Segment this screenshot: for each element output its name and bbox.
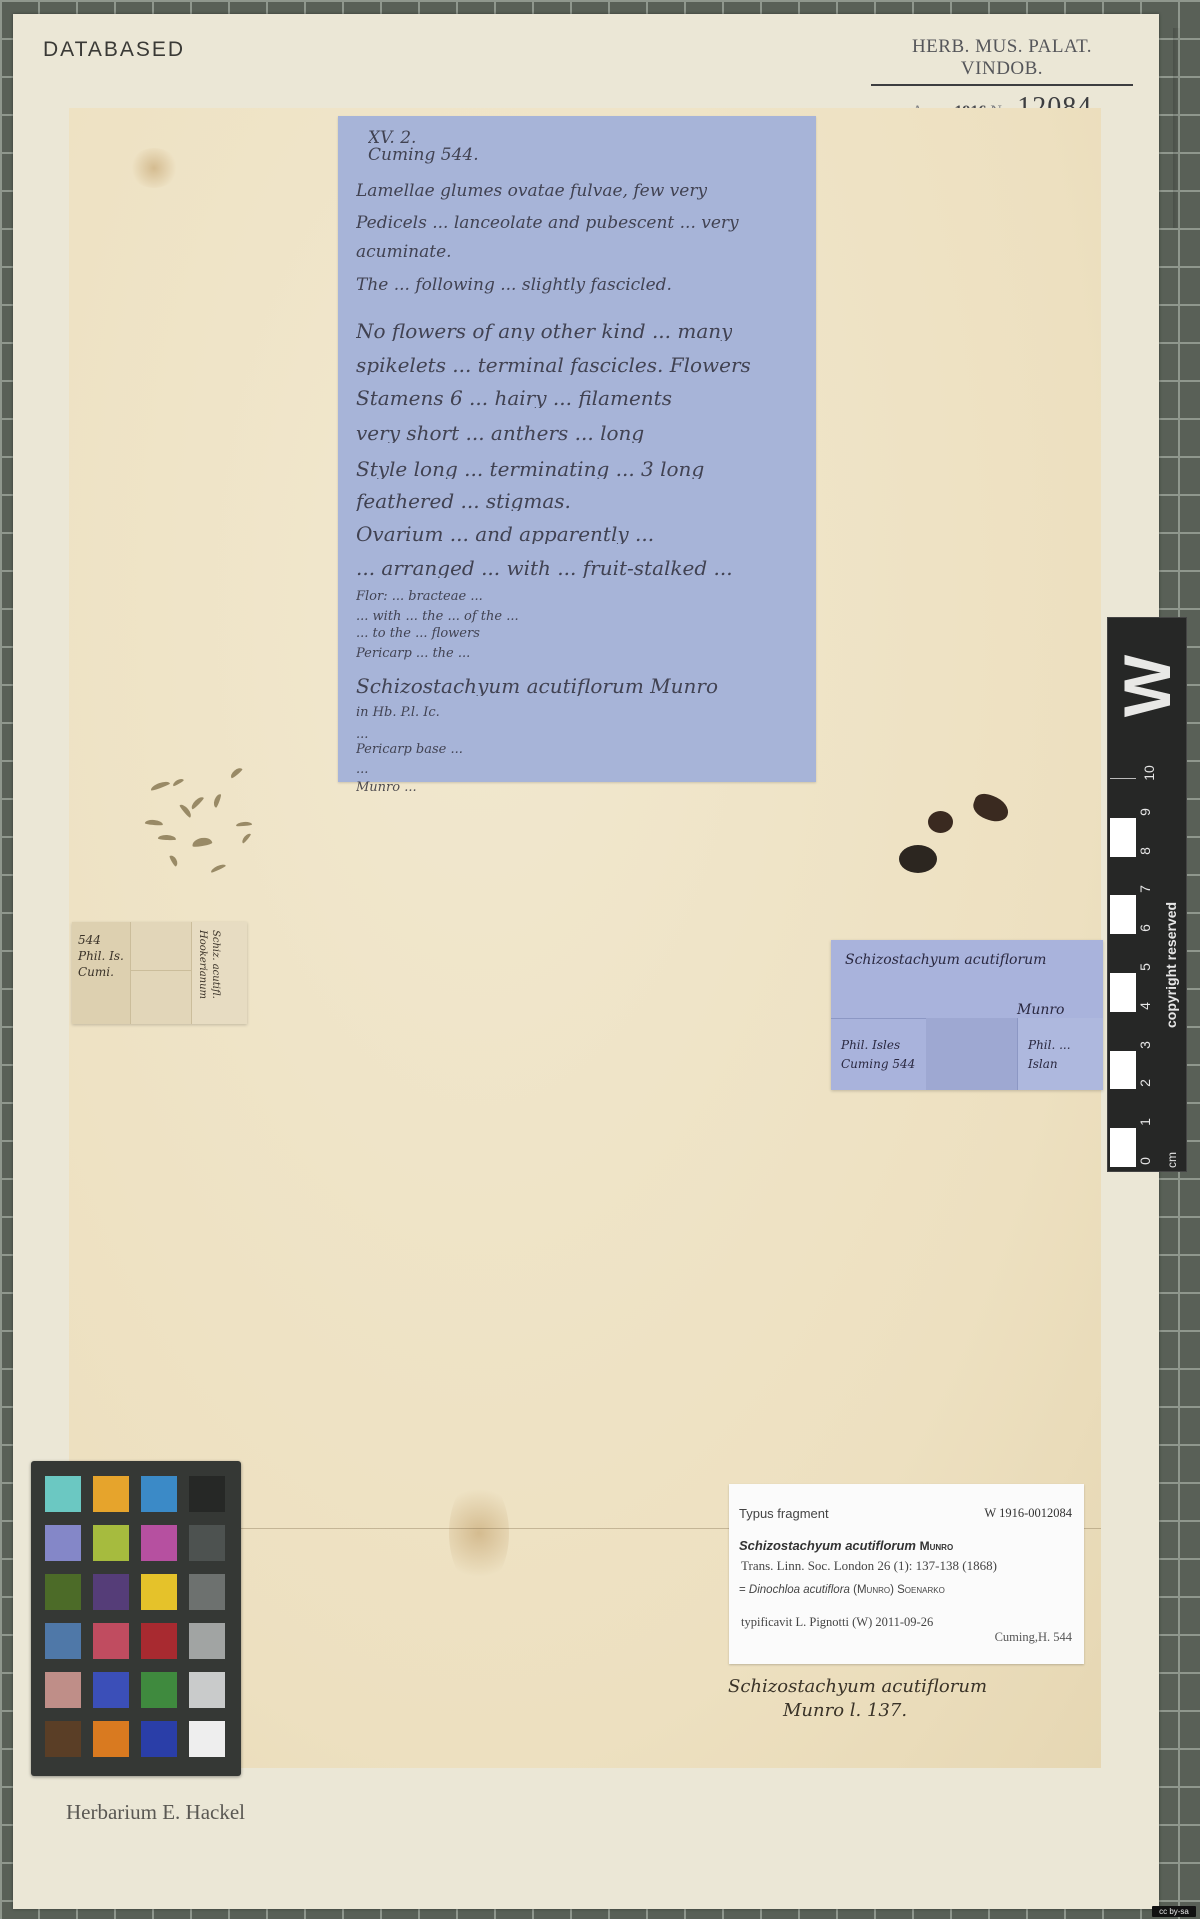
scale-segment (1110, 1088, 1136, 1128)
scale-segment (1110, 933, 1136, 973)
handwritten-line-2: Munro l. 137. (728, 1699, 987, 1723)
color-swatch (141, 1476, 177, 1512)
color-swatch (93, 1476, 129, 1512)
scale-segment (1110, 856, 1136, 896)
type-status: Typus fragment (739, 1506, 829, 1521)
packet-pocket (926, 1018, 1018, 1090)
scale-tick-label: 9 (1137, 808, 1153, 816)
scale-segment (1110, 817, 1136, 857)
field-note: XV. 2.Cuming 544.Lamellae glumes ovatae … (338, 116, 816, 782)
mount-fold-shadow (1173, 28, 1181, 228)
packet-flap-right: Schiz. acutifl.Hookerianum (191, 922, 247, 1024)
packet-handwriting: Cumi. (78, 964, 130, 980)
scale-unit: cm (1165, 1152, 1179, 1168)
color-swatch (189, 1525, 225, 1561)
scale-tick-label: 4 (1137, 1002, 1153, 1010)
collector: Cuming,H. 544 (995, 1630, 1072, 1645)
scale-tick-label: 5 (1137, 963, 1153, 971)
scale-segment (1110, 894, 1136, 934)
packet-flap-left: Phil. IslesCuming 544 (831, 1018, 927, 1090)
packet-handwriting: Phil. ... (1028, 1036, 1103, 1055)
field-note-line: Lamellae glumes ovatae fulvae, few very (356, 183, 707, 200)
institution-logo: W (1109, 653, 1185, 719)
color-swatch (45, 1672, 81, 1708)
field-note-line: The ... following ... slightly fascicled… (356, 277, 672, 294)
field-note-line: very short ... anthers ... long (356, 423, 644, 443)
databased-stamp: DATABASED (43, 38, 185, 62)
scale-tick-label: 1 (1137, 1118, 1153, 1126)
taxon-binomial: Schizostachyum acutiflorum (739, 1538, 916, 1553)
publication: Trans. Linn. Soc. London 26 (1): 137-138… (741, 1558, 997, 1574)
color-swatch (141, 1672, 177, 1708)
color-swatch (189, 1574, 225, 1610)
scale-tick-label: 0 (1137, 1157, 1153, 1165)
packet-flap-left: 544Phil. Is.Cumi. (72, 922, 131, 1024)
color-swatch (93, 1623, 129, 1659)
synonym-prefix: = (739, 1584, 749, 1596)
synonym-author: (Munro) Soenarko (853, 1584, 945, 1596)
color-swatch (189, 1476, 225, 1512)
packet-fold (130, 970, 192, 971)
field-note-line: Stamens 6 ... hairy ... filaments (356, 388, 672, 408)
packet-handwriting: 544 (78, 932, 130, 948)
copyright-text: copyright reserved (1163, 902, 1179, 1028)
color-swatch (93, 1672, 129, 1708)
scale-segment (1110, 972, 1136, 1012)
color-swatch (141, 1623, 177, 1659)
scale-tick-label: 7 (1137, 885, 1153, 893)
field-note-line: Pedicels ... lanceolate and pubescent ..… (356, 215, 739, 232)
color-swatch (141, 1574, 177, 1610)
handwritten-line-1: Schizostachyum acutiflorum (728, 1675, 987, 1699)
scale-segment (1110, 1050, 1136, 1090)
field-note-line: ... (356, 728, 368, 741)
specimen-packet-right[interactable]: Schizostachyum acutiflorum Munro Phil. I… (831, 940, 1103, 1090)
field-note-line: Pericarp ... the ... (356, 647, 470, 660)
field-note-line: No flowers of any other kind ... many (356, 321, 732, 341)
scale-tick-label: 3 (1137, 1041, 1153, 1049)
stain (129, 148, 179, 188)
color-swatch (45, 1574, 81, 1610)
color-swatch (189, 1721, 225, 1757)
color-swatch (189, 1672, 225, 1708)
field-note-line: Flor: ... bracteae ... (356, 590, 483, 603)
synonym-name: Dinochloa acutiflora (749, 1584, 850, 1596)
color-swatch (93, 1721, 129, 1757)
packet-handwriting: Phil. Isles (841, 1036, 926, 1055)
packet-handwriting: Schiz. acutifl. (209, 930, 222, 999)
field-note-line: in Hb. P.l. Ic. (356, 706, 440, 719)
license-badge[interactable]: cc by-sa (1152, 1906, 1196, 1917)
color-swatch (45, 1721, 81, 1757)
field-note-line: feathered ... stigmas. (356, 491, 571, 511)
packet-flap-right: Phil. ...Islan (1017, 1018, 1103, 1090)
field-note-line: spikelets ... terminal fascicles. Flower… (356, 355, 751, 375)
packet-taxon-author: Munro (1003, 990, 1065, 1018)
specimen-packet-left[interactable]: 544Phil. Is.Cumi. Schiz. acutifl.Hookeri… (72, 922, 247, 1024)
scale-tick-label: 10 (1141, 765, 1157, 781)
field-note-line: acuminate. (356, 244, 452, 261)
field-note-line: Style long ... terminating ... 3 long (356, 459, 704, 479)
field-note-line: XV. 2. (368, 130, 416, 147)
packet-top-flap: Schizostachyum acutiflorum Munro (831, 940, 1103, 1019)
field-note-line: ... arranged ... with ... fruit-stalked … (356, 558, 733, 578)
scale-tick-label: 6 (1137, 924, 1153, 932)
sheet-handwritten-name: Schizostachyum acutiflorum Munro l. 137. (728, 1675, 987, 1724)
color-swatch (93, 1525, 129, 1561)
herbarium-stamp-title: HERB. MUS. PALAT. VINDOB. (871, 36, 1133, 86)
color-checker (31, 1461, 241, 1776)
field-note-line: Munro ... (356, 781, 417, 794)
scale-segment (1110, 1011, 1136, 1051)
packet-handwriting: Cuming 544 (841, 1055, 926, 1074)
field-note-line: ... (356, 763, 368, 776)
field-note-line: ... with ... the ... of the ... (356, 610, 519, 623)
type-label: Typus fragment W 1916-0012084 Schizostac… (729, 1484, 1084, 1664)
field-note-line: Ovarium ... and apparently ... (356, 524, 654, 544)
packet-handwriting: Phil. Is. (78, 948, 130, 964)
scale-ticks (1110, 778, 1136, 1166)
field-note-line: Pericarp base ... (356, 743, 463, 756)
color-swatch (141, 1525, 177, 1561)
field-note-line: Cuming 544. (368, 147, 479, 164)
scale-bar: W copyright reserved cm 012345678910 (1107, 617, 1187, 1172)
scale-segment (1110, 1127, 1136, 1167)
color-swatch (93, 1574, 129, 1610)
taxon-author: Munro (920, 1539, 954, 1553)
packet-taxon-name: Schizostachyum acutiflorum (831, 940, 1103, 968)
scale-tick-label: 2 (1137, 1079, 1153, 1087)
scale-segment (1110, 778, 1136, 818)
field-note-line: Schizostachyum acutiflorum Munro (356, 676, 718, 696)
herbarium-name: Herbarium E. Hackel (66, 1800, 245, 1825)
packet-handwriting: Islan (1028, 1055, 1103, 1074)
color-swatch (45, 1476, 81, 1512)
color-swatch (45, 1623, 81, 1659)
scale-tick-label: 8 (1137, 847, 1153, 855)
typification: typificavit L. Pignotti (W) 2011-09-26 (741, 1615, 933, 1630)
field-note-line: ... to the ... flowers (356, 627, 480, 640)
color-swatch (141, 1721, 177, 1757)
packet-handwriting: Hookerianum (196, 930, 209, 999)
color-swatch (189, 1623, 225, 1659)
color-swatch (45, 1525, 81, 1561)
taxon-name: Schizostachyum acutiflorum Munro (739, 1538, 953, 1553)
synonym: = Dinochloa acutiflora (Munro) Soenarko (739, 1584, 945, 1596)
barcode-id: W 1916-0012084 (984, 1506, 1072, 1521)
